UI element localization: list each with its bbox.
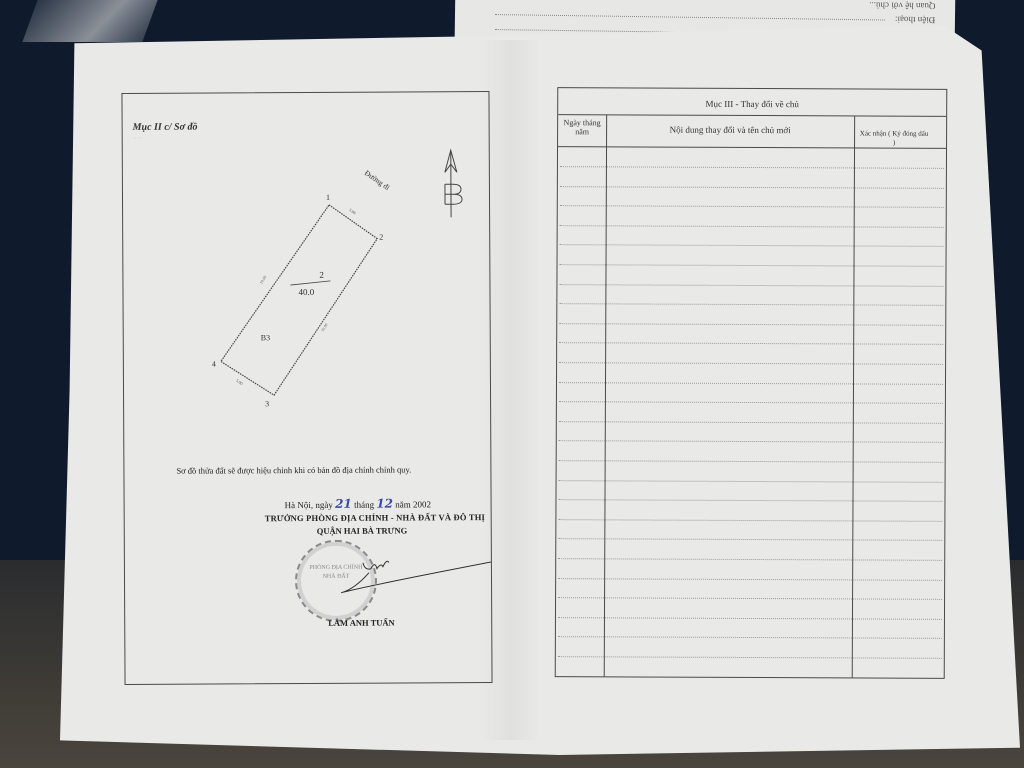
table-row bbox=[559, 303, 943, 306]
signer-name: LÂM ANH TUẤN bbox=[328, 618, 394, 628]
table-row bbox=[560, 225, 944, 228]
table-row bbox=[560, 264, 944, 267]
table-row bbox=[559, 284, 943, 287]
diagram-page: Mục II c/ Sơ đồ ·· ·· Đường đi 1 2 3 4 5… bbox=[121, 91, 492, 685]
table-row bbox=[558, 597, 942, 600]
column-header-date: Ngày tháng năm bbox=[558, 118, 606, 136]
table-row bbox=[559, 480, 943, 483]
table-row bbox=[560, 186, 944, 189]
table-row bbox=[558, 617, 942, 620]
table-row bbox=[559, 382, 943, 385]
column-header-content: Nội dung thay đổi và tên chủ mới bbox=[606, 125, 854, 135]
table-row bbox=[558, 558, 942, 561]
column-header-confirmation: Xác nhận ( Ký đóng dấu ) bbox=[858, 129, 930, 147]
plastic-sleeve bbox=[22, 0, 157, 42]
table-row bbox=[559, 323, 943, 326]
dark-cloth bbox=[0, 0, 70, 560]
table-row bbox=[559, 460, 943, 463]
table-row bbox=[558, 656, 942, 659]
table-rows bbox=[558, 88, 946, 90]
table-row bbox=[559, 441, 943, 444]
bg-paper-line: Điện thoại: bbox=[895, 15, 935, 26]
table-row bbox=[558, 578, 942, 581]
table-row bbox=[558, 539, 942, 542]
table-row bbox=[559, 421, 943, 424]
table-row bbox=[558, 519, 942, 522]
table-row bbox=[558, 499, 942, 502]
table-row bbox=[559, 401, 943, 404]
table-row bbox=[560, 205, 944, 208]
signature-icon bbox=[122, 92, 491, 684]
table-row bbox=[559, 343, 943, 346]
table-row bbox=[558, 637, 942, 640]
table-row bbox=[560, 245, 944, 248]
table-row bbox=[559, 362, 943, 365]
table-row bbox=[560, 166, 944, 169]
bg-paper-line: Quan hệ với chủ... bbox=[869, 0, 935, 11]
section-title: Mục III - Thay đổi về chủ bbox=[558, 98, 946, 110]
ownership-changes-page: Mục III - Thay đổi về chủ Ngày tháng năm… bbox=[555, 87, 948, 679]
